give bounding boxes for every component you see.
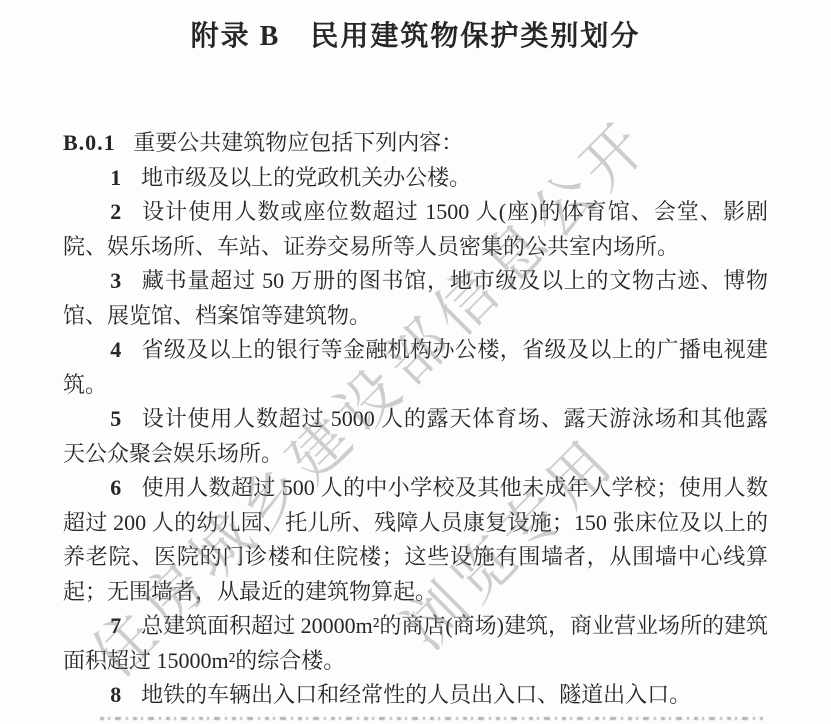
item-text: 总建筑面积超过 20000m²的商店(商场)建筑，商业营业场所的建筑面积超过 1… [63, 613, 768, 673]
item-number: 5 [110, 406, 121, 431]
truncated-line-marks [100, 717, 763, 720]
list-item: 6使用人数超过 500 人的中小学校及其他未成年人学校；使用人数超过 200 人… [63, 471, 768, 609]
item-text: 地铁的车辆出入口和经常性的人员出入口、隧道出入口。 [141, 682, 691, 707]
item-text: 设计使用人数或座位数超过 1500 人(座)的体育馆、会堂、影剧院、娱乐场所、车… [63, 199, 768, 259]
clause-number: B.0.1 [63, 130, 116, 155]
list-item: 7总建筑面积超过 20000m²的商店(商场)建筑，商业营业场所的建筑面积超过 … [63, 609, 768, 678]
item-number: 3 [110, 268, 121, 293]
document-page: 住房城乡建设部信息公开 浏览专用 附录 B 民用建筑物保护类别划分 B.0.1重… [0, 0, 831, 724]
item-number: 2 [110, 199, 121, 224]
item-number: 4 [110, 337, 121, 362]
list-item: 5设计使用人数超过 5000 人的露天体育场、露天游泳场和其他露天公众聚会娱乐场… [63, 402, 768, 471]
item-number: 6 [110, 475, 121, 500]
item-text: 省级及以上的银行等金融机构办公楼，省级及以上的广播电视建筑。 [63, 337, 768, 397]
item-text: 使用人数超过 500 人的中小学校及其他未成年人学校；使用人数超过 200 人的… [63, 475, 768, 604]
appendix-title: 附录 B 民用建筑物保护类别划分 [0, 14, 831, 54]
list-item: 3藏书量超过 50 万册的图书馆，地市级及以上的文物古迹、博物馆、展览馆、档案馆… [63, 264, 768, 333]
list-item: 8地铁的车辆出入口和经常性的人员出入口、隧道出入口。 [63, 678, 768, 713]
item-number: 1 [110, 165, 121, 190]
clause-text: 重要公共建筑物应包括下列内容： [133, 130, 463, 155]
item-number: 8 [110, 682, 121, 707]
item-number: 7 [110, 613, 121, 638]
item-text: 藏书量超过 50 万册的图书馆，地市级及以上的文物古迹、博物馆、展览馆、档案馆等… [63, 268, 768, 328]
truncated-line [100, 715, 763, 721]
clause-b01: B.0.1重要公共建筑物应包括下列内容： [63, 126, 768, 161]
item-text: 设计使用人数超过 5000 人的露天体育场、露天游泳场和其他露天公众聚会娱乐场所… [63, 406, 768, 466]
list-item: 1地市级及以上的党政机关办公楼。 [63, 161, 768, 196]
clause-content: B.0.1重要公共建筑物应包括下列内容： 1地市级及以上的党政机关办公楼。2设计… [63, 126, 768, 713]
items-list: 1地市级及以上的党政机关办公楼。2设计使用人数或座位数超过 1500 人(座)的… [63, 161, 768, 713]
list-item: 2设计使用人数或座位数超过 1500 人(座)的体育馆、会堂、影剧院、娱乐场所、… [63, 195, 768, 264]
list-item: 4省级及以上的银行等金融机构办公楼，省级及以上的广播电视建筑。 [63, 333, 768, 402]
item-text: 地市级及以上的党政机关办公楼。 [141, 165, 471, 190]
